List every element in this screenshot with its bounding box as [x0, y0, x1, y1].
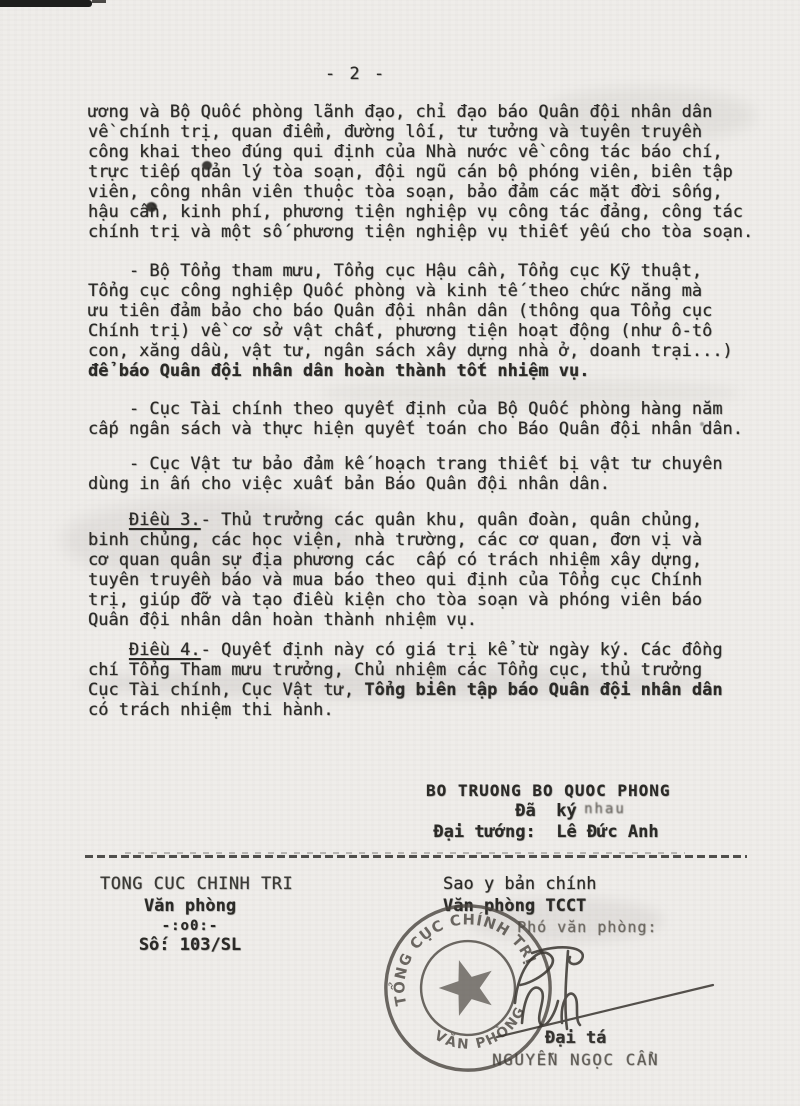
text-line: ưu tiên đảm bảo cho báo Quân đội nhân dâ…: [88, 301, 760, 321]
signed-note: Đã ký: [426, 801, 666, 821]
paragraph-continuation: ương và Bộ Quốc phòng lãnh đạo, chỉ đạo …: [88, 102, 760, 242]
signer-name: NGUYỄN NGỌC CẨN: [492, 1050, 659, 1069]
text-line: dùng in ấn cho việc xuất bản Báo Quân độ…: [88, 474, 760, 494]
paragraph-dieu-3: Điều 3.- Thủ trưởng các quân khu, quân đ…: [88, 510, 760, 630]
minister-title: BO TRUONG BO QUOC PHONG: [426, 781, 666, 800]
paragraph-cuc-tai-chinh: - Cục Tài chính theo quyết định của Bộ Q…: [88, 399, 760, 439]
text-line: Chính trị) về cơ sở vật chất, phương tiệ…: [88, 321, 760, 341]
paragraph-dieu-4: Điều 4.- Quyết định này có giá trị kể từ…: [88, 640, 760, 720]
issuing-office-block: TONG CUC CHINH TRI Văn phòng -:o0:- Số: …: [100, 874, 280, 955]
document-body: ương và Bộ Quốc phòng lãnh đạo, chỉ đạo …: [88, 102, 760, 720]
text-line: Tổng cục công nghiệp Quốc phòng và kinh …: [88, 281, 760, 301]
bleed-through-text: nhau: [584, 801, 626, 817]
minister-signature-block: BO TRUONG BO QUOC PHONG Đã ký nhau Đại t…: [426, 781, 666, 842]
signer-rank: Đại tá: [545, 1028, 606, 1048]
text-line: chính trị và một số phương tiện nghiệp v…: [88, 222, 760, 242]
typewriter-ornament: -:o0:-: [100, 918, 280, 934]
scan-edge-artifact: [0, 0, 92, 7]
text-line: có trách nhiệm thi hành.: [88, 700, 760, 720]
text-line: Cục Tài chính, Cục Vật tư, Tổng biên tập…: [88, 680, 760, 700]
text-line: con, xăng dầu, vật tư, ngân sách xây dựn…: [88, 341, 760, 361]
text-line: trực tiếp quản lý tòa soạn, đội ngũ cán …: [88, 162, 760, 182]
text-line: Quân đội nhân dân hoàn thành nhiệm vụ.: [88, 610, 760, 630]
office-name: Văn phòng: [100, 896, 280, 916]
text-line: Điều 3.- Thủ trưởng các quân khu, quân đ…: [88, 510, 760, 530]
page-number: - 2 -: [325, 64, 386, 84]
text-line: - Cục Tài chính theo quyết định của Bộ Q…: [88, 399, 760, 419]
scan-edge-artifact-small: [92, 0, 106, 3]
text-line: trị, giúp đỡ và tạo điều kiện cho tòa so…: [88, 590, 760, 610]
text-line: - Cục Vật tư bảo đảm kế hoạch trang thiế…: [88, 454, 760, 474]
certified-copy-label: Sao y bản chính: [443, 874, 663, 894]
text-line: công khai theo đúng qui định của Nhà nướ…: [88, 142, 760, 162]
dashed-divider-line: [85, 855, 747, 858]
text-line: để báo Quân đội nhân dân hoàn thành tốt …: [88, 361, 760, 381]
paragraph-cuc-vat-tu: - Cục Vật tư bảo đảm kế hoạch trang thiế…: [88, 454, 760, 494]
text-line: tuyên truyền báo và mua báo theo qui địn…: [88, 570, 760, 590]
document-number: Số: 103/SL: [100, 935, 280, 955]
scanned-document-page: - 2 - ương và Bộ Quốc phòng lãnh đạo, ch…: [0, 0, 800, 1106]
text-line: viên, công nhân viên thuộc tòa soạn, bảo…: [88, 182, 760, 202]
text-line: ương và Bộ Quốc phòng lãnh đạo, chỉ đạo …: [88, 102, 760, 122]
text-line: về chính trị, quan điểm, đường lối, tư t…: [88, 122, 760, 142]
text-line: hậu cần, kinh phí, phương tiện nghiệp vụ…: [88, 202, 760, 222]
text-line: binh chủng, các học viện, nhà trường, cá…: [88, 530, 760, 550]
text-line: cơ quan quân sự địa phương các cấp có tr…: [88, 550, 760, 570]
text-line: - Bộ Tổng tham mưu, Tổng cục Hậu cần, Tổ…: [88, 261, 760, 281]
text-line: cấp ngân sách và thực hiện quyết toán ch…: [88, 419, 760, 439]
paragraph-bo-tong-tham-muu: - Bộ Tổng tham mưu, Tổng cục Hậu cần, Tổ…: [88, 261, 760, 381]
text-line: chí Tổng Tham mưu trưởng, Chủ nhiệm các …: [88, 660, 760, 680]
text-line: Điều 4.- Quyết định này có giá trị kể từ…: [88, 640, 760, 660]
org-name: TONG CUC CHINH TRI: [100, 874, 280, 894]
minister-name: Đại tướng: Lê Đức Anh: [426, 822, 666, 842]
